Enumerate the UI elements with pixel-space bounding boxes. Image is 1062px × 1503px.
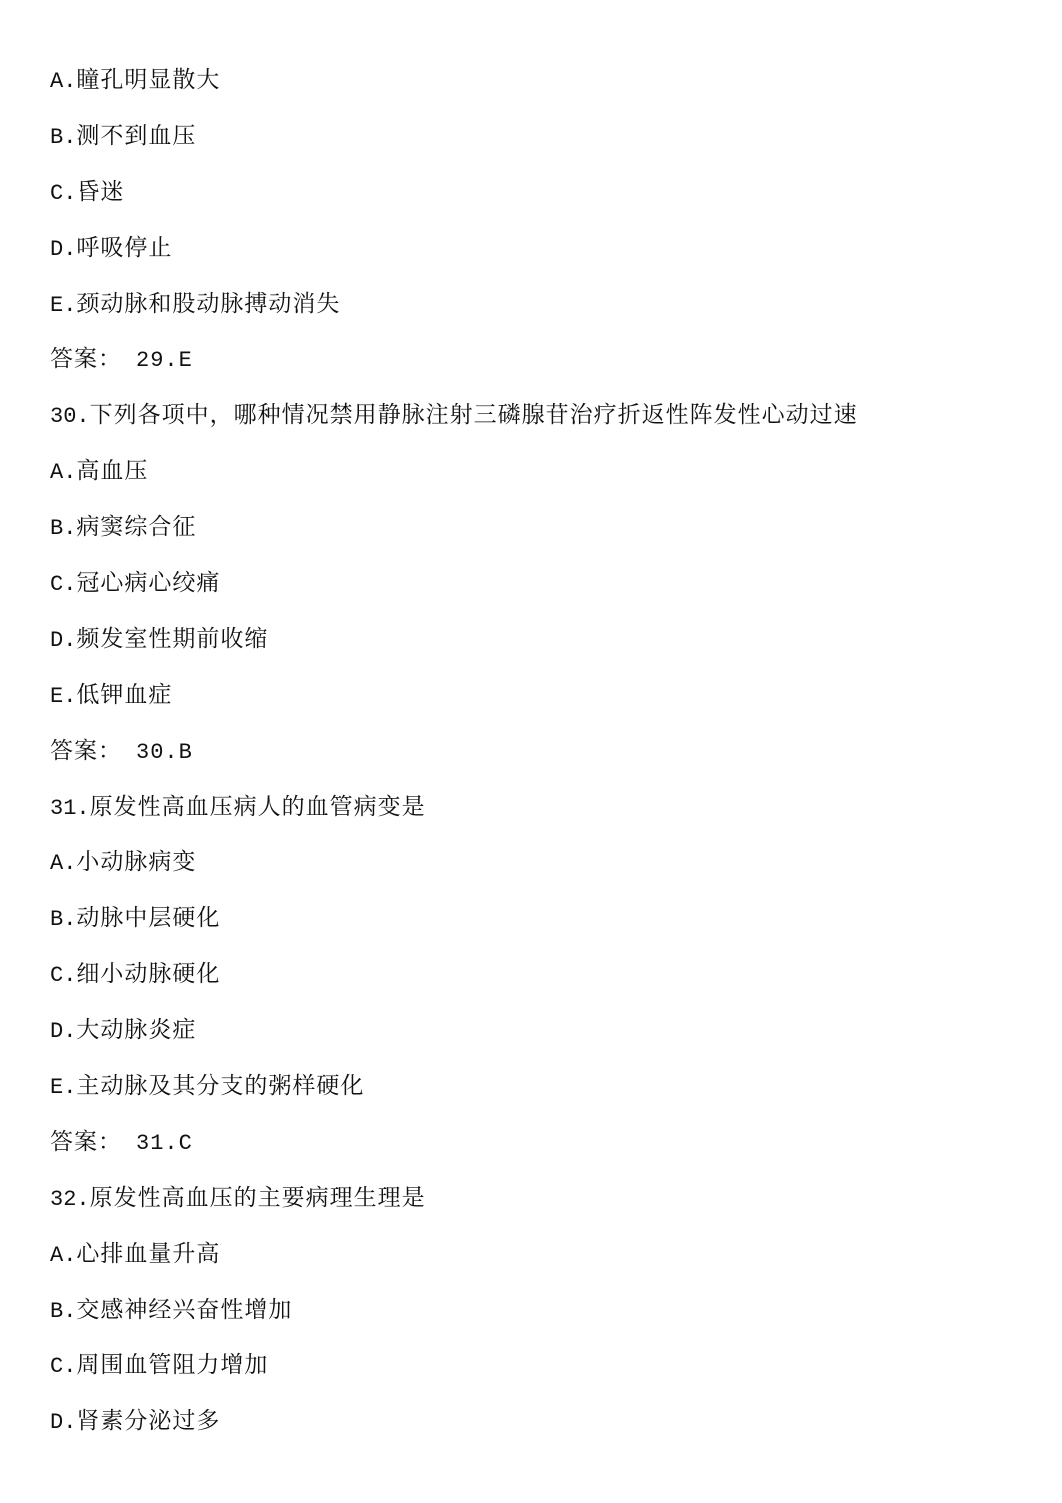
option-text: 瞳孔明显散大 xyxy=(76,67,220,93)
answer-30: 答案：30.B xyxy=(50,733,1032,789)
answer-label: 答案： xyxy=(50,1129,122,1155)
answer-31: 答案：31.C xyxy=(50,1124,1032,1180)
option-text: 呼吸停止 xyxy=(76,235,172,261)
option-letter: D. xyxy=(50,628,76,653)
option-text: 高血压 xyxy=(76,458,148,484)
option-letter: A. xyxy=(50,460,76,485)
option-letter: B. xyxy=(50,516,76,541)
question-30: 30.下列各项中，哪种情况禁用静脉注射三磷腺苷治疗折返性阵发性心动过速 xyxy=(50,397,1032,453)
option-32-d: D.肾素分泌过多 xyxy=(50,1403,1032,1459)
option-30-d: D.频发室性期前收缩 xyxy=(50,621,1032,677)
option-text: 测不到血压 xyxy=(76,123,196,149)
question-text: 原发性高血压的主要病理生理是 xyxy=(90,1185,426,1211)
option-letter: D. xyxy=(50,1019,76,1044)
option-text: 细小动脉硬化 xyxy=(76,961,220,987)
option-29-d: D.呼吸停止 xyxy=(50,230,1032,286)
option-32-a: A.心排血量升高 xyxy=(50,1236,1032,1292)
option-32-b: B.交感神经兴奋性增加 xyxy=(50,1292,1032,1348)
document-page: A.瞳孔明显散大 B.测不到血压 C.昏迷 D.呼吸停止 E.颈动脉和股动脉搏动… xyxy=(50,62,1032,1459)
option-text: 低钾血症 xyxy=(76,682,172,708)
option-letter: C. xyxy=(50,572,76,597)
option-letter: B. xyxy=(50,1299,76,1324)
option-text: 病窦综合征 xyxy=(76,514,196,540)
option-letter: A. xyxy=(50,69,76,94)
option-31-b: B.动脉中层硬化 xyxy=(50,900,1032,956)
option-30-b: B.病窦综合征 xyxy=(50,509,1032,565)
option-text: 周围血管阻力增加 xyxy=(76,1352,268,1378)
option-32-c: C.周围血管阻力增加 xyxy=(50,1347,1032,1403)
option-text: 颈动脉和股动脉搏动消失 xyxy=(76,291,340,317)
option-31-c: C.细小动脉硬化 xyxy=(50,956,1032,1012)
option-letter: A. xyxy=(50,851,76,876)
question-number: 31. xyxy=(50,796,90,821)
option-text: 主动脉及其分支的粥样硬化 xyxy=(76,1073,364,1099)
answer-value: 30.B xyxy=(136,740,193,765)
option-29-c: C.昏迷 xyxy=(50,174,1032,230)
option-text: 肾素分泌过多 xyxy=(76,1408,220,1434)
option-letter: C. xyxy=(50,963,76,988)
answer-label: 答案： xyxy=(50,346,122,372)
option-letter: B. xyxy=(50,125,76,150)
option-letter: B. xyxy=(50,907,76,932)
option-text: 动脉中层硬化 xyxy=(76,905,220,931)
option-text: 频发室性期前收缩 xyxy=(76,626,268,652)
option-text: 交感神经兴奋性增加 xyxy=(76,1297,292,1323)
option-text: 心排血量升高 xyxy=(76,1241,220,1267)
option-letter: E. xyxy=(50,1075,76,1100)
option-letter: A. xyxy=(50,1243,76,1268)
option-text: 大动脉炎症 xyxy=(76,1017,196,1043)
option-letter: E. xyxy=(50,684,76,709)
answer-value: 31.C xyxy=(136,1131,193,1156)
option-29-a: A.瞳孔明显散大 xyxy=(50,62,1032,118)
question-text: 原发性高血压病人的血管病变是 xyxy=(90,794,426,820)
option-29-e: E.颈动脉和股动脉搏动消失 xyxy=(50,286,1032,342)
option-text: 冠心病心绞痛 xyxy=(76,570,220,596)
option-30-a: A.高血压 xyxy=(50,453,1032,509)
option-31-a: A.小动脉病变 xyxy=(50,844,1032,900)
option-letter: C. xyxy=(50,1354,76,1379)
option-letter: D. xyxy=(50,1410,76,1435)
option-31-d: D.大动脉炎症 xyxy=(50,1012,1032,1068)
answer-29: 答案：29.E xyxy=(50,341,1032,397)
option-31-e: E.主动脉及其分支的粥样硬化 xyxy=(50,1068,1032,1124)
question-31: 31.原发性高血压病人的血管病变是 xyxy=(50,789,1032,845)
answer-value: 29.E xyxy=(136,348,193,373)
option-text: 小动脉病变 xyxy=(76,849,196,875)
option-30-c: C.冠心病心绞痛 xyxy=(50,565,1032,621)
option-30-e: E.低钾血症 xyxy=(50,677,1032,733)
question-number: 32. xyxy=(50,1187,90,1212)
answer-label: 答案： xyxy=(50,738,122,764)
question-32: 32.原发性高血压的主要病理生理是 xyxy=(50,1180,1032,1236)
option-text: 昏迷 xyxy=(76,179,124,205)
question-text: 下列各项中，哪种情况禁用静脉注射三磷腺苷治疗折返性阵发性心动过速 xyxy=(90,402,858,428)
option-letter: D. xyxy=(50,237,76,262)
option-letter: E. xyxy=(50,293,76,318)
option-letter: C. xyxy=(50,181,76,206)
question-number: 30. xyxy=(50,404,90,429)
option-29-b: B.测不到血压 xyxy=(50,118,1032,174)
